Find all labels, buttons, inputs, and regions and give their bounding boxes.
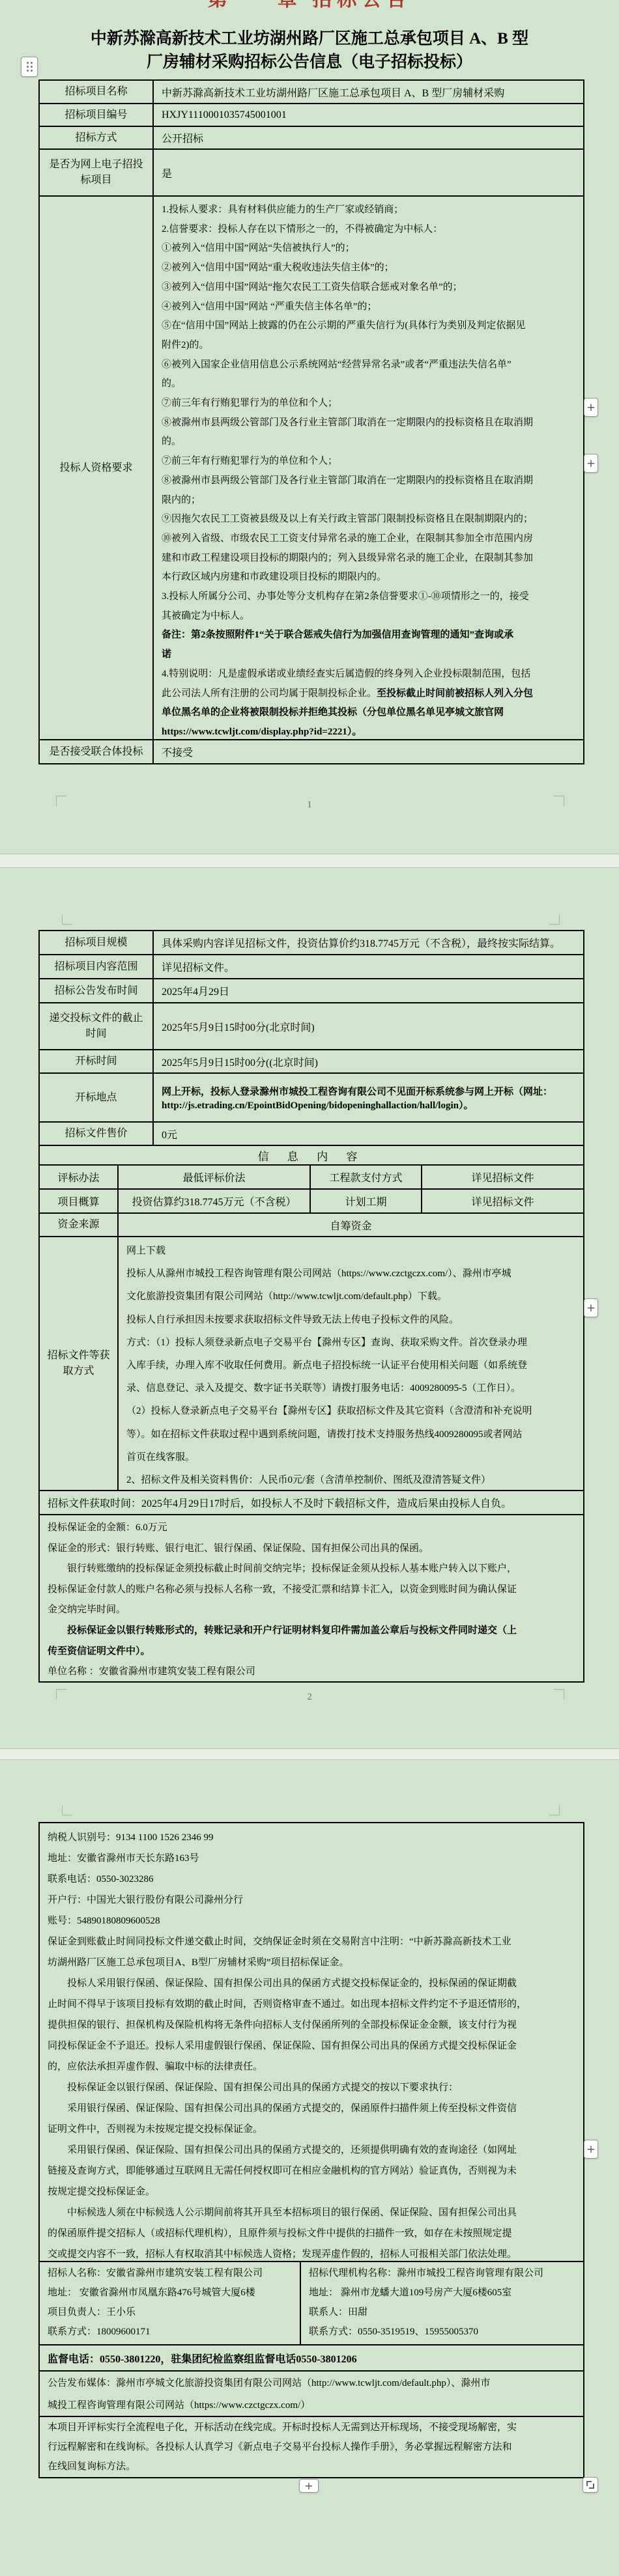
text-line: 诺 [162, 645, 575, 665]
text-line: 的保函原件提交招标人（或招标代理机构），且原件须与投标文件中提供的扫描件一致，如… [48, 2223, 575, 2244]
row-value: 自筹资金 [119, 1214, 583, 1236]
text-line: 联系方式：18009600171 [48, 2322, 292, 2342]
text-line: 证明文件中，否则视为未按规定提交投标保证金。 [48, 2119, 575, 2140]
text-line: 投标人从滁州市城投工程咨询管理有限公司网站（https://www.czctgc… [126, 1263, 575, 1285]
qualification-text: 1.投标人要求：具有材料供应能力的生产厂家或经销商；2.信誉要求：投标人存在以下… [154, 197, 583, 739]
text-line: 金交纳完毕时间。 [48, 1600, 575, 1621]
text-line: 链接及查询方式，即能够通过互联网且无需任何授权即可在相应金融机构的官方网站）验证… [48, 2161, 575, 2181]
text-line: 的。 [162, 374, 575, 394]
text-line: ⑧被滁州市县两级公管部门及各行业主管部门取消在一定期限内的投标资格且在取消期 [162, 471, 575, 491]
text-line: ③被列入“信用中国”网站“拖欠农民工工资失信联合惩戒对象名单”的； [162, 278, 575, 298]
table-row: 招标文件售价0元 [40, 1123, 583, 1146]
tender-details-table: 招标项目规模具体采购内容详见招标文件，投资估算价约318.7745万元（不含税）… [38, 930, 584, 1683]
text-segment: 至投标截止时间前被招标人列入分包 [377, 688, 533, 699]
row-value: 网上开标，投标人登录滁州市城投工程咨询有限公司不见面开标系统参与网上开标（网址：… [154, 1074, 583, 1121]
grid-cell: 评标办法 [40, 1166, 119, 1188]
text-line: 附件2)的。 [162, 336, 575, 356]
text-line: 联系人：田甜 [309, 2303, 575, 2322]
row-value: 0元 [154, 1123, 583, 1145]
table-row: 递交投标文件的截止时间2025年5月9日15时00分(北京时间) [40, 1003, 583, 1050]
grid-row: 项目概算投资估算约318.7745万元（不含税）计划工期详见招标文件 [40, 1190, 583, 1214]
document-viewer: 第 一 章 招标公告 中新苏滁高新技术工业坊湖州路厂区施工总承包项目 A、B 型… [0, 0, 619, 2576]
text-line: 2、招标文件及相关资料售价：人民币0元/套（含清单控制价、图纸及澄清答疑文件） [126, 1469, 575, 1490]
grid-cell: 计划工期 [311, 1190, 422, 1212]
agency-contact: 招标代理机构名称：滁州市城投工程咨询管理有限公司地址： 滁州市龙蟠大道109号房… [301, 2262, 583, 2344]
row-label: 招标项目内容范围 [40, 955, 154, 978]
grid-cell: 工程款支付方式 [311, 1166, 422, 1188]
text-segment: 此公司法人所有注册的公司均属于限制投标企业。 [162, 688, 377, 699]
grid-cell: 投资估算约318.7745万元（不含税） [119, 1190, 311, 1212]
table-row: 招标项目规模具体采购内容详见招标文件，投资估算价约318.7745万元（不含税）… [40, 931, 583, 955]
text-line: 联系电话：0550-3023286 [48, 1869, 575, 1890]
row-value: 公开招标 [154, 127, 583, 148]
text-line: 提供担保的银行、担保机构及保险机构将无条件向招标人支付保函所列的全部投标保证金金… [48, 2015, 575, 2036]
page-separator [0, 854, 619, 868]
plus-icon: + [304, 2480, 313, 2492]
obtain-method-row: 招标文件等获取方式网上下载投标人从滁州市城投工程咨询管理有限公司网站（https… [40, 1237, 583, 1491]
text-line: 保证金到账截止时间同投标文件递交截止时间，交纳保证金时须在交易附言中注明：“中新… [48, 1931, 575, 1952]
supervision-text: 监督电话：0550-3801220，驻集团纪检监察组监督电话0550-38012… [40, 2345, 583, 2370]
page-number: 1 [0, 800, 619, 811]
obtain-time-text: 招标文件获取时间：2025年4月29日17时后，如投标人不及时下载招标文件，造成… [40, 1491, 583, 1514]
text-line: 保证金的形式：银行转账、银行电汇、银行保函、保证保险、国有担保公司出具的保函。 [48, 1539, 575, 1560]
text-line: 地址：安徽省滁州市天长东路163号 [48, 1848, 575, 1869]
plus-icon: + [586, 1302, 596, 1315]
text-line: 行远程解密和在线询标。各投标人认真学习《新点电子交易平台投标人操作手册》，务必掌… [48, 2437, 575, 2457]
row-label: 投标人资格要求 [40, 197, 154, 739]
page-corner-mark [62, 914, 72, 925]
page-corner-mark [549, 1805, 560, 1815]
text-line: 的。 [162, 432, 575, 452]
text-line: 按规定提交投标保证金。 [48, 2181, 575, 2202]
text-line: 限内的； [162, 491, 575, 511]
text-line: 投标保证金以银行转账形式的，转账记录和开户行证明材料复印件需加盖公章后与投标文件… [48, 1621, 575, 1642]
text-line: 文化旅游投资集团有限公司网站（http://www.tcwljt.com/def… [126, 1285, 575, 1308]
section-header: 信 息 内 容 [40, 1146, 583, 1164]
text-line: ⑧被滁州市县两级公管部门及各行业主管部门取消在一定期限内的投标资格且在取消期 [162, 413, 575, 433]
fullscreen-icon [589, 2484, 594, 2489]
row-label: 招标项目编号 [40, 104, 154, 126]
table-row: 招标项目内容范围详见招标文件。 [40, 955, 583, 979]
text-line: 地址： 滁州市龙蟠大道109号房产大厦6楼605室 [309, 2283, 575, 2303]
text-line: ②被列入“信用中国”网站“重大税收违法失信主体”的； [162, 259, 575, 278]
text-line: 地址： 安徽省滁州市凤凰东路476号城管大厦6楼 [48, 2283, 292, 2303]
text-line: 开户行：中国光大银行股份有限公司滁州分行 [48, 1890, 575, 1911]
contacts-row: 招标人名称：安徽省滁州市建筑安装工程有限公司地址： 安徽省滁州市凤凰东路476号… [40, 2262, 583, 2345]
funding-row: 资金来源自筹资金 [40, 1214, 583, 1237]
text-line: 投标保证金付款人的账户名称必须与投标人名称一致，不接受汇票和结算卡汇入，以资金到… [48, 1580, 575, 1601]
add-button[interactable]: + [299, 2479, 319, 2493]
table-row: 开标地点网上开标，投标人登录滁州市城投工程咨询有限公司不见面开标系统参与网上开标… [40, 1074, 583, 1123]
notice-text: 本项目开评标实行全流程电子化，开标活动在线完成。开标时投标人无需到达开标现场，不… [40, 2417, 583, 2477]
row-value: 具体采购内容详见招标文件，投资估算价约318.7745万元（不含税），最终按实际… [154, 931, 583, 954]
row-label: 招标文件售价 [40, 1123, 154, 1145]
tender-overview-table: 招标项目名称中新苏滁高新技术工业坊湖州路厂区施工总承包项目 A、B 型厂房辅材采… [38, 79, 584, 764]
text-line: 建和市政工程建设项目投标的期限内的；列入县级异常名录的施工企业，在限制其参加 [162, 549, 575, 568]
text-line: 投标保证金的金额：6.0万元 [48, 1518, 575, 1539]
account-block-text: 纳税人识别号：9134 1100 1526 2346 99地址：安徽省滁州市天长… [40, 1823, 583, 2261]
fullscreen-button[interactable] [583, 2477, 598, 2493]
row-label: 递交投标文件的截止时间 [40, 1003, 154, 1049]
text-line: ⑦前三年有行贿犯罪行为的单位和个人； [162, 394, 575, 413]
grid-cell: 详见招标文件 [422, 1190, 583, 1212]
deposit-contact-table: 纳税人识别号：9134 1100 1526 2346 99地址：安徽省滁州市天长… [38, 1822, 584, 2478]
page-title-line-2: 厂房辅材采购招标公告信息（电子招标投标） [0, 51, 619, 74]
page-title-line-1: 中新苏滁高新技术工业坊湖州路厂区施工总承包项目 A、B 型 [0, 27, 619, 51]
text-line: ⑦前三年有行贿犯罪行为的单位和个人； [162, 452, 575, 471]
text-line: ⑥被列入国家企业信用信息公示系统网站“经营异常名录”或者“严重违法失信名单” [162, 356, 575, 375]
row-value: 2025年5月9日15时00分((北京时间) [154, 1050, 583, 1072]
text-line: 在线回复询标方法。 [48, 2457, 575, 2476]
page-separator [0, 1748, 619, 1760]
drag-handle-icon [27, 62, 33, 72]
text-line: 中标候选人须在中标候选人公示期间前将其开具至本招标项目的银行保函、保证保险、国有… [48, 2202, 575, 2223]
text-line: ⑩被列入省级、市级农民工工资支付异常名录的施工企业，在限制其参加全市范围内房 [162, 529, 575, 549]
text-line: ④被列入“信用中国”网站 “严重失信主体名单”的； [162, 298, 575, 317]
drag-handle-button[interactable] [21, 57, 38, 77]
text-line: 备注：第2条按照附件1“关于联合惩戒失信行为加强信用查询管理的通知”查询或承 [162, 626, 575, 645]
text-line: 1.投标人要求：具有材料供应能力的生产厂家或经销商； [162, 201, 575, 220]
text-line: 入库手续，办理入库不收取任何费用。新点电子招投标统一认证平台使用相关问题（如系统… [126, 1354, 575, 1377]
text-line: 交或提交内容不一致，招标人有权取消其中标候选人资格；发现弄虚作假的，招标人可报相… [48, 2244, 575, 2261]
tenderer-contact: 招标人名称：安徽省滁州市建筑安装工程有限公司地址： 安徽省滁州市凤凰东路476号… [40, 2262, 301, 2344]
grid-cell: 项目概算 [40, 1190, 119, 1212]
row-label: 开标地点 [40, 1074, 154, 1121]
table-row: 招标公告发布时间2025年4月29日 [40, 979, 583, 1003]
page-corner-mark [549, 914, 560, 925]
table-row: 招标项目名称中新苏滁高新技术工业坊湖州路厂区施工总承包项目 A、B 型厂房辅材采… [40, 81, 583, 104]
account-block-row: 纳税人识别号：9134 1100 1526 2346 99地址：安徽省滁州市天长… [40, 1823, 583, 2262]
chapter-title: 第 一 章 招标公告 [0, 0, 619, 9]
section-header-row: 信 息 内 容 [40, 1146, 583, 1166]
text-line: 单位黑名单的企业将被限制投标并拒绝其投标（分包单位黑名单见亭城文旅官网 [162, 703, 575, 723]
deposit-row: 投标保证金的金额：6.0万元保证金的形式：银行转账、银行电汇、银行保函、保证保险… [40, 1515, 583, 1681]
page-corner-mark [62, 1805, 72, 1815]
row-label: 招标文件等获取方式 [40, 1237, 119, 1490]
text-line: 方式：（1）投标人须登录新点电子交易平台【滁州专区】查询、获取采购文件。首次登录… [126, 1332, 575, 1354]
table-row: 招标方式公开招标 [40, 127, 583, 150]
supervision-row: 监督电话：0550-3801220，驻集团纪检监察组监督电话0550-38012… [40, 2345, 583, 2372]
text-line: 单位名称 ：安徽省滁州市建筑安装工程有限公司 [48, 1662, 575, 1681]
media-text: 公告发布媒体：滁州市亭城文化旅游投资集团有限公司网站（http://www.tc… [40, 2372, 583, 2416]
grid-cell: 最低评标价法 [119, 1166, 311, 1188]
row-value: 不接受 [154, 740, 583, 763]
row-value: 2025年4月29日 [154, 979, 583, 1002]
expand-button[interactable]: + [584, 454, 598, 473]
row-label: 是否接受联合体投标 [40, 740, 154, 763]
text-line: 的，应依法承担弄虚作假、骗取中标的法律责任。 [48, 2056, 575, 2077]
page-title: 中新苏滁高新技术工业坊湖州路厂区施工总承包项目 A、B 型 厂房辅材采购招标公告… [0, 27, 619, 74]
text-line: 其被确定为中标人。 [162, 607, 575, 626]
plus-icon: + [586, 2143, 596, 2156]
row-label: 开标时间 [40, 1050, 154, 1072]
qualification-row: 投标人资格要求1.投标人要求：具有材料供应能力的生产厂家或经销商；2.信誉要求：… [40, 197, 583, 740]
text-line: https://www.tcwljt.com/display.php?id=22… [162, 723, 575, 739]
text-line: 公告发布媒体：滁州市亭城文化旅游投资集团有限公司网站（http://www.tc… [48, 2372, 575, 2394]
text-line: 4.特别说明：凡是虚假承诺或业绩经查实后属造假的终身列入企业投标限制范围，包括 [162, 665, 575, 684]
text-line: 录、信息登记、录入及提交、数字证书关联等）请拨打服务电话：4009280095-… [126, 1377, 575, 1400]
expand-button[interactable]: + [584, 398, 598, 417]
text-line: 纳税人识别号：9134 1100 1526 2346 99 [48, 1827, 575, 1848]
row-value: 详见招标文件。 [154, 955, 583, 978]
text-line: 城投工程咨询管理有限公司网站（https://www.czctgczx.com/… [48, 2394, 575, 2416]
text-line: 采用银行保函、保证保险、国有担保公司出具的保函方式提交的，还须提供明确有效的查询… [48, 2140, 575, 2161]
text-line: ⑤在“信用中国”网站上披露的仍在公示期的严重失信行为(具体行为类别及判定依据见 [162, 316, 575, 336]
text-line: 此公司法人所有注册的公司均属于限制投标企业。至投标截止时间前被招标人列入分包 [162, 684, 575, 704]
plus-icon: + [586, 457, 596, 470]
row-label: 招标项目名称 [40, 81, 154, 103]
deposit-text: 投标保证金的金额：6.0万元保证金的形式：银行转账、银行电汇、银行保函、保证保险… [40, 1515, 583, 1681]
text-line: 传至资信证明文件中）。 [48, 1642, 575, 1662]
text-line: 同投标保证金不予退还。投标人采用虚假银行保函、保证保险、国有担保公司出具的保函方… [48, 2036, 575, 2056]
media-row: 公告发布媒体：滁州市亭城文化旅游投资集团有限公司网站（http://www.tc… [40, 2372, 583, 2417]
text-line: 首页在线客服。 [126, 1446, 575, 1469]
text-line: 本项目开评标实行全流程电子化，开标活动在线完成。开标时投标人无需到达开标现场，不… [48, 2418, 575, 2437]
row-label: 招标公告发布时间 [40, 979, 154, 1002]
text-line: 采用银行保函、保证保险、国有担保公司出具的保函方式提交的，保函原件扫描件须上传至… [48, 2098, 575, 2119]
row-label: 是否为网上电子招投标项目 [40, 150, 154, 195]
table-row: 招标项目编号HXJY1110001035745001001 [40, 104, 583, 127]
text-line: 本行政区域内房建和市政建设项目投标的期限内的。 [162, 568, 575, 587]
text-line: 等）。如在招标文件获取过程中遇到系统问题，请拨打技术支持服务热线40092800… [126, 1423, 575, 1446]
text-line: 3.投标人所属分公司、办事处等分支机构存在第2条信誉要求①-⑩项情形之一的，接受 [162, 587, 575, 607]
text-line: 投标保证金以银行保函、保证保险、国有担保公司出具的保函方式提交的按以下要求执行： [48, 2077, 575, 2098]
grid-row: 评标办法最低评标价法工程款支付方式详见招标文件 [40, 1166, 583, 1190]
row-label: 资金来源 [40, 1214, 119, 1236]
expand-button[interactable]: + [584, 1298, 598, 1317]
text-line: 招标代理机构名称：滁州市城投工程咨询管理有限公司 [309, 2263, 575, 2283]
text-line: 止时间不得早于该项目投标有效期的截止时间，否则资格审查不通过。如出现本招标文件约… [48, 1994, 575, 2015]
row-value: 2025年5月9日15时00分(北京时间) [154, 1003, 583, 1049]
notice-row: 本项目开评标实行全流程电子化，开标活动在线完成。开标时投标人无需到达开标现场，不… [40, 2417, 583, 2477]
text-line: ⑨因拖欠农民工工资被县级及以上有关行政主管部门限制投标资格且在限制期限内的； [162, 510, 575, 529]
obtain-time-row: 招标文件获取时间：2025年4月29日17时后，如投标人不及时下载招标文件，造成… [40, 1491, 583, 1515]
table-row: 是否接受联合体投标不接受 [40, 740, 583, 763]
row-value: 中新苏滁高新技术工业坊湖州路厂区施工总承包项目 A、B 型厂房辅材采购 [154, 81, 583, 103]
text-line: ①被列入“信用中国”网站“失信被执行人”的； [162, 239, 575, 259]
text-line: 投标人自行承担因未按要求获取招标文件导致无法上传电子投标文件的风险。 [126, 1309, 575, 1332]
expand-button[interactable]: + [584, 2140, 598, 2159]
row-label: 招标方式 [40, 127, 154, 148]
row-label: 招标项目规模 [40, 931, 154, 954]
row-value: 是 [154, 150, 583, 195]
text-line: 2.信誉要求：投标人存在以下情形之一的，不得被确定为中标人： [162, 220, 575, 240]
text-line: 项目负责人：王小乐 [48, 2303, 292, 2322]
text-line: 银行转账缴纳的投标保证金须投标截止时间前交纳完毕；投标保证金须从投标人基本账户转… [48, 1559, 575, 1580]
page-number: 2 [0, 1692, 619, 1703]
text-line: 账号：54890180809600528 [48, 1911, 575, 1931]
text-line: （2）投标人登录新点电子交易平台【滁州专区】获取招标文件及其它资料（含澄清和补充… [126, 1400, 575, 1423]
obtain-method-text: 网上下载投标人从滁州市城投工程咨询管理有限公司网站（https://www.cz… [119, 1237, 583, 1490]
plus-icon: + [586, 401, 596, 414]
text-line: 网上下载 [126, 1240, 575, 1263]
text-line: 招标人名称：安徽省滁州市建筑安装工程有限公司 [48, 2263, 292, 2283]
text-line: 投标人采用银行保函、保证保险、国有担保公司出具的保函方式提交投标保证金的，投标保… [48, 1973, 575, 1994]
text-line: 联系方式：0550-3519519、15955005370 [309, 2322, 575, 2342]
grid-cell: 详见招标文件 [422, 1166, 583, 1188]
table-row: 是否为网上电子招投标项目是 [40, 150, 583, 197]
table-row: 开标时间2025年5月9日15时00分((北京时间) [40, 1050, 583, 1074]
chapter-heading-clip: 第 一 章 招标公告 [0, 0, 619, 9]
row-value: HXJY1110001035745001001 [154, 104, 583, 126]
text-line: 坊湖州路厂区施工总承包项目A、B型厂房辅材采购”项目招标保证金。 [48, 1952, 575, 1973]
